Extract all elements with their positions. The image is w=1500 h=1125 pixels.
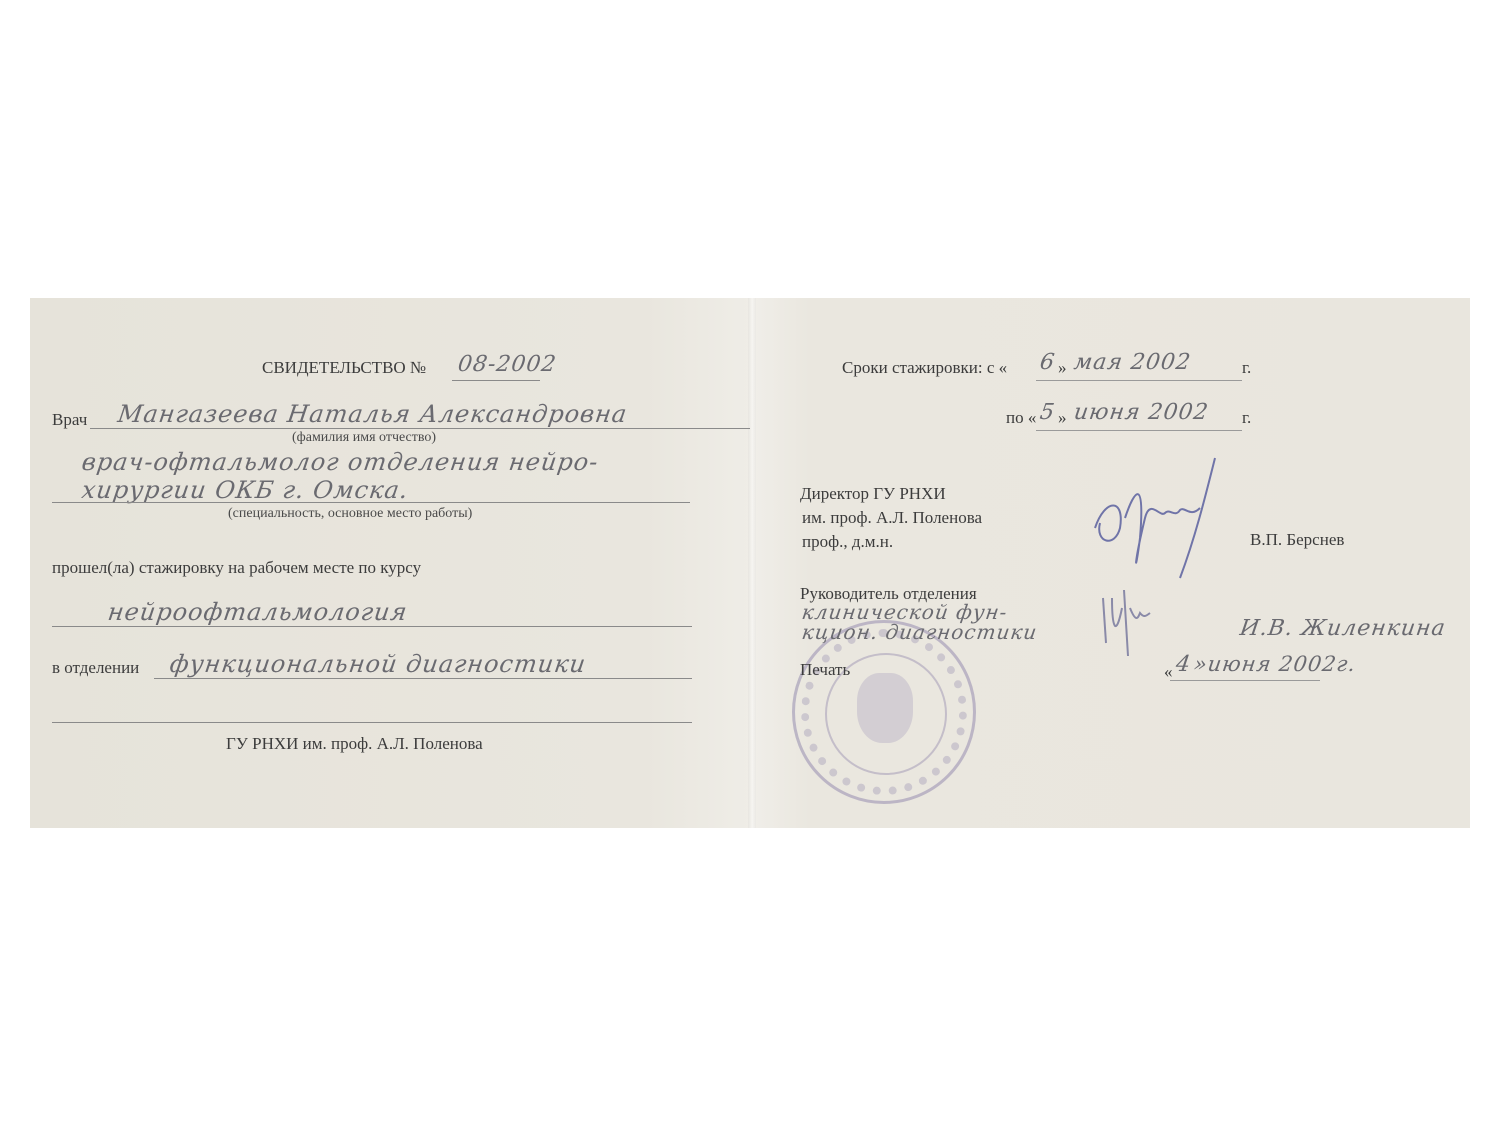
period-label: Сроки стажировки: с « bbox=[842, 358, 1007, 378]
doctor-name: Мангазеева Наталья Александровна bbox=[116, 400, 629, 428]
head-department-line-2: кцион. диагностики bbox=[800, 620, 1039, 644]
sign-date-underline bbox=[1170, 680, 1320, 681]
course-label: прошел(ла) стажировку на рабочем месте п… bbox=[52, 558, 421, 578]
year-suffix-1: г. bbox=[1242, 358, 1251, 378]
period-start-date: мая 2002 bbox=[1072, 350, 1192, 375]
period-to-label: по « bbox=[1006, 408, 1036, 428]
coat-of-arms-icon bbox=[857, 673, 913, 743]
director-name: В.П. Берснев bbox=[1250, 530, 1344, 550]
director-title-line-2: им. проф. А.Л. Поленова bbox=[802, 508, 982, 528]
sign-date-open-quote: « bbox=[1164, 662, 1173, 682]
quote-close-2: » bbox=[1058, 408, 1067, 428]
director-title-line-1: Директор ГУ РНХИ bbox=[800, 484, 946, 504]
institution-underline bbox=[52, 722, 692, 723]
course-value: нейроофтальмология bbox=[106, 598, 409, 626]
specialty-underline bbox=[52, 502, 690, 503]
certificate-number: 08-2002 bbox=[456, 352, 558, 377]
head-name: И.В. Жиленкина bbox=[1238, 616, 1447, 641]
name-caption: (фамилия имя отчество) bbox=[292, 430, 436, 446]
department-underline bbox=[154, 678, 692, 679]
certificate-booklet: СВИДЕТЕЛЬСТВО № 08-2002 Врач Мангазеева … bbox=[30, 298, 1470, 828]
period-end-date: июня 2002 bbox=[1072, 400, 1210, 425]
year-suffix-2: г. bbox=[1242, 408, 1251, 428]
doctor-label: Врач bbox=[52, 410, 87, 430]
stamp-label: Печать bbox=[800, 660, 850, 680]
period-end-underline bbox=[1036, 430, 1242, 431]
course-underline bbox=[52, 626, 692, 627]
department-value: функциональной диагностики bbox=[168, 650, 588, 678]
department-label: в отделении bbox=[52, 658, 139, 678]
specialty-caption: (специальность, основное место работы) bbox=[228, 506, 472, 522]
official-stamp bbox=[792, 620, 976, 804]
certificate-title: СВИДЕТЕЛЬСТВО № bbox=[262, 358, 426, 378]
institution-name: ГУ РНХИ им. проф. А.Л. Поленова bbox=[226, 734, 483, 754]
period-start-underline bbox=[1036, 380, 1242, 381]
quote-close-1: » bbox=[1058, 358, 1067, 378]
doctor-name-underline bbox=[90, 428, 750, 429]
director-signature bbox=[1085, 458, 1235, 588]
certificate-number-underline bbox=[452, 380, 540, 381]
head-signature bbox=[1098, 578, 1188, 658]
sign-date-rest: »июня 2002г. bbox=[1192, 652, 1357, 676]
specialty-line-2: хирургии ОКБ г. Омска. bbox=[80, 476, 410, 504]
specialty-line-1: врач-офтальмолог отделения нейро- bbox=[80, 448, 600, 476]
page-fold bbox=[748, 298, 756, 828]
director-title-line-3: проф., д.м.н. bbox=[802, 532, 893, 552]
